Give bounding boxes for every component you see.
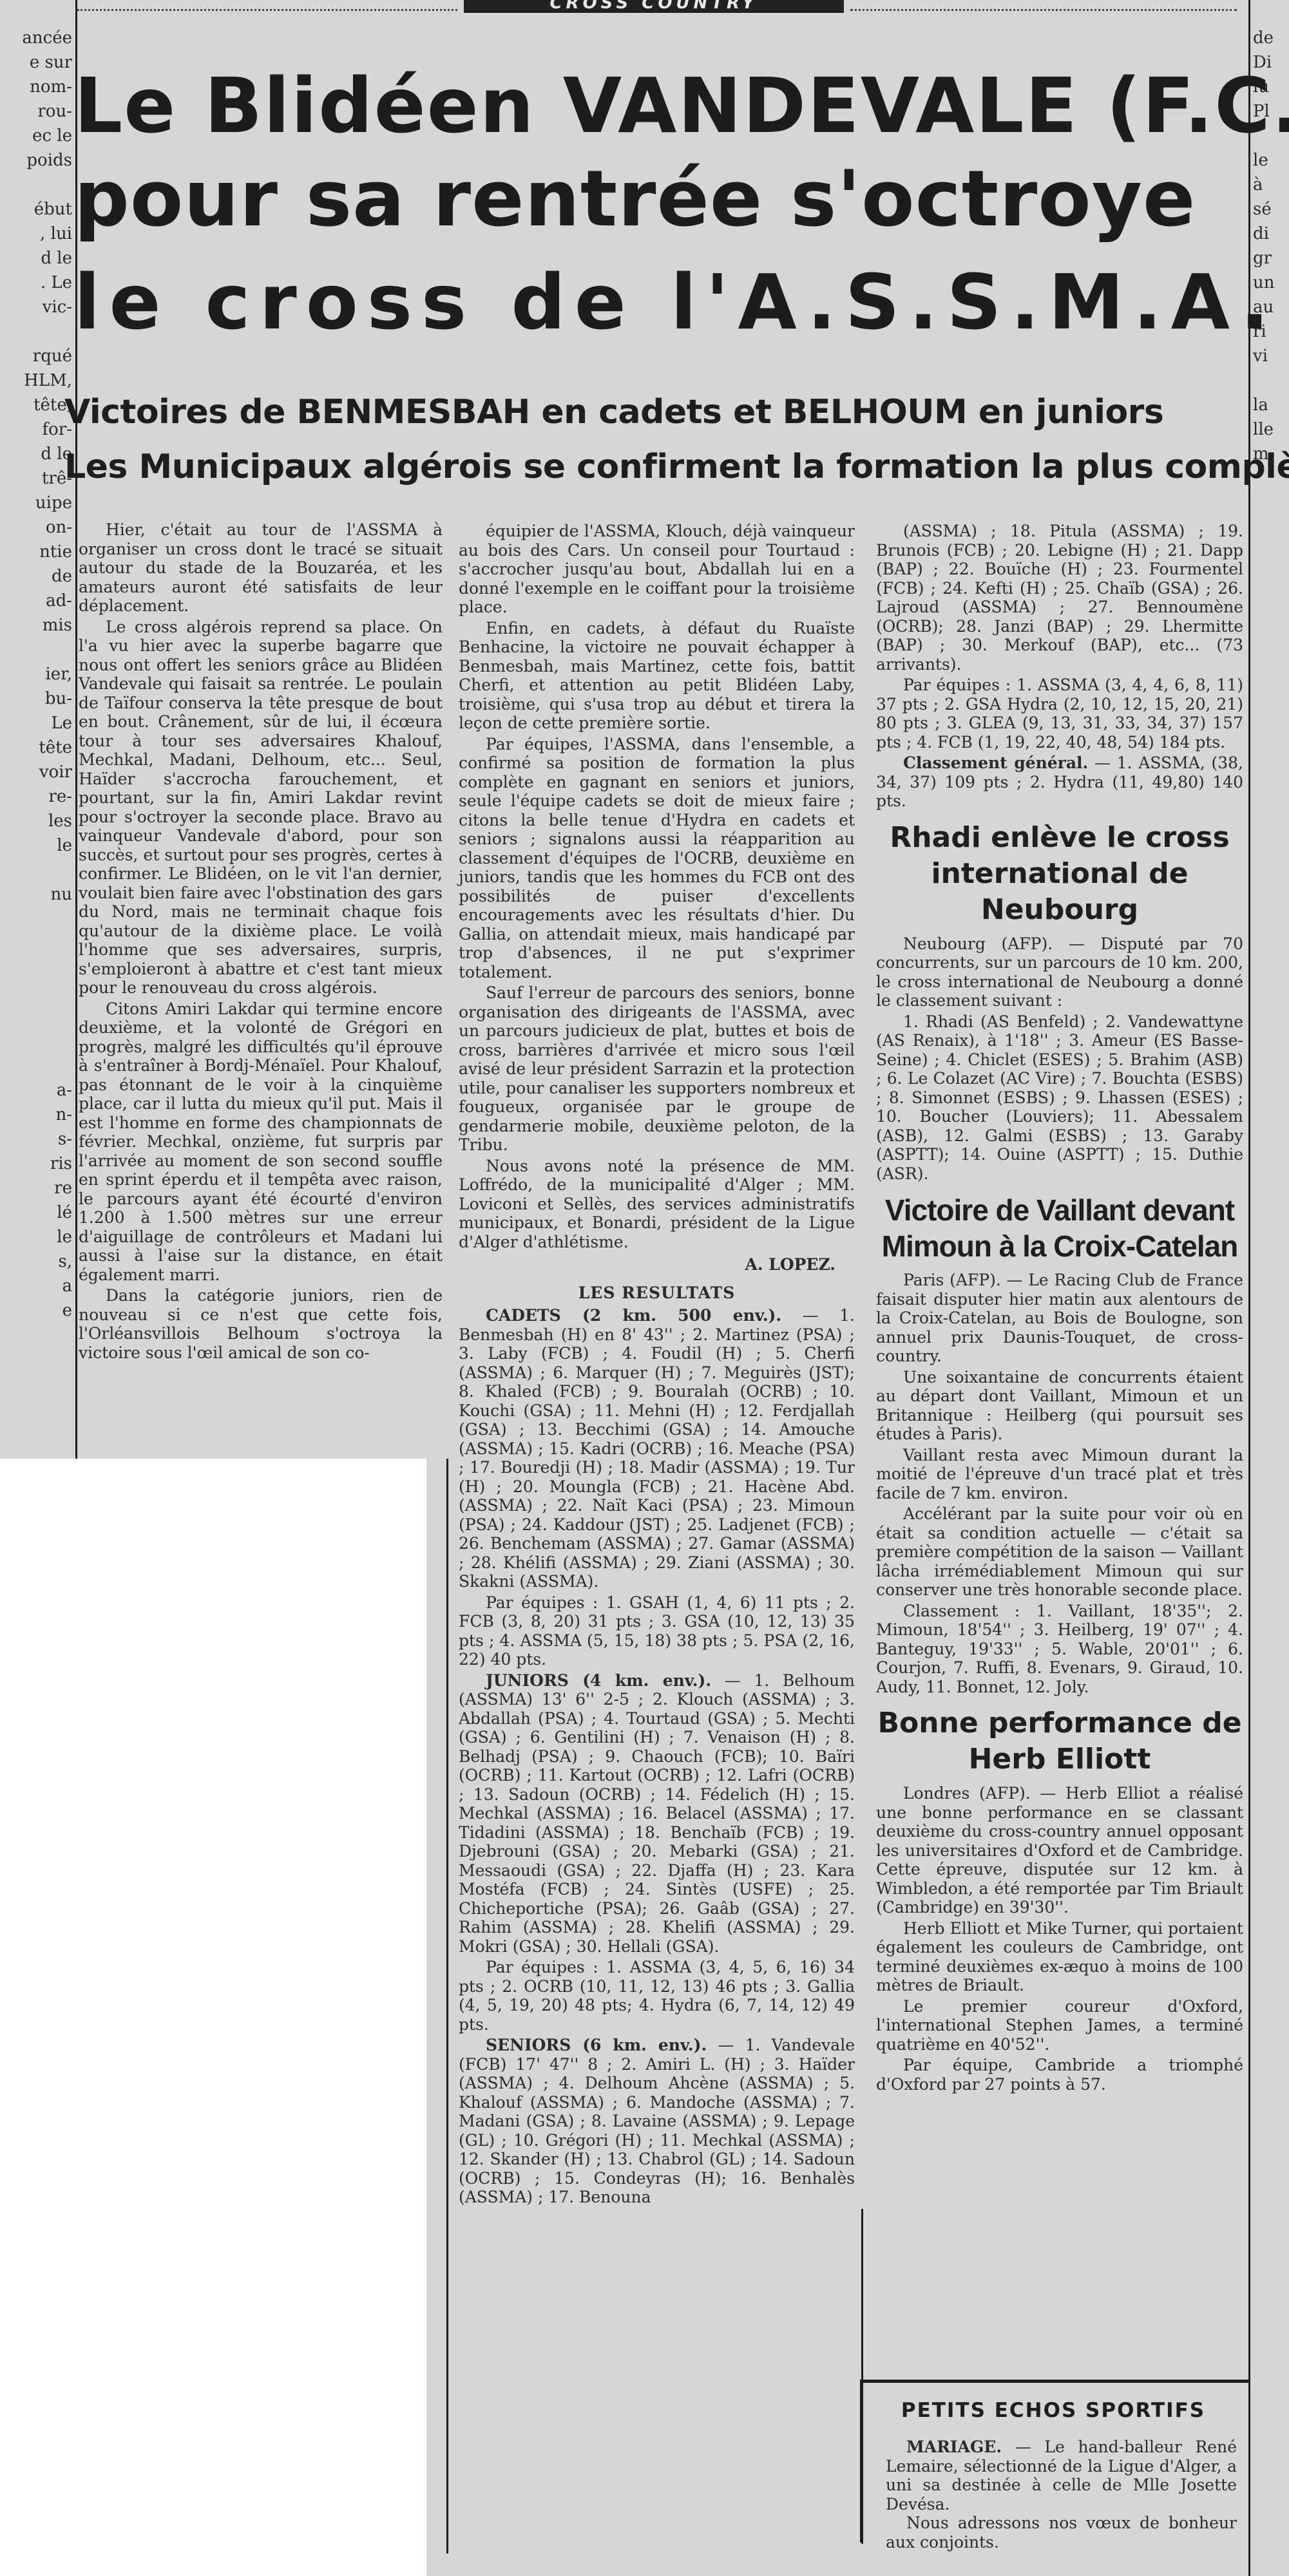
paragraph: Neubourg (AFP). — Disputé par 70 concurr… <box>876 934 1243 1010</box>
fragment-line: ris <box>0 1151 72 1176</box>
fragment-line: d le <box>0 246 72 270</box>
fragment-line: a- <box>0 1078 72 1103</box>
paragraph: Paris (AFP). — Le Racing Club de France … <box>876 1271 1243 1366</box>
results-list-continued: (ASSMA) ; 18. Pitula (ASSMA) ; 19. Bruno… <box>876 522 1243 811</box>
paragraph: Accélérant par la suite pour voir où en … <box>876 1504 1243 1600</box>
result-text: — 1. Benmesbah (H) en 8' 43'' ; 2. Marti… <box>459 1306 855 1591</box>
subheadline-1: Victoires de BENMESBAH en cadets et BELH… <box>64 393 1256 431</box>
result-category: CADETS (2 km. 500 env.). <box>486 1306 781 1325</box>
paragraph: Le cross algérois reprend sa place. On l… <box>79 618 443 998</box>
result-entry: (ASSMA) ; 18. Pitula (ASSMA) ; 19. Bruno… <box>876 522 1243 674</box>
fragment-line: e <box>0 1298 72 1323</box>
result-entry: SENIORS (6 km. env.). — 1. Vandevale (FC… <box>459 2036 855 2207</box>
fragment-line: a <box>0 1274 72 1298</box>
headline-line-1: Le Blidéen VANDEVALE (F.C.B.) <box>74 61 1253 150</box>
result-entry: JUNIORS (4 km. env.). — 1. Belhoum (ASSM… <box>459 1671 855 1956</box>
result-category: SENIORS (6 km. env.). <box>486 2036 707 2054</box>
banner-ornament-left <box>77 0 457 11</box>
paragraph: équipier de l'ASSMA, Klouch, déjà vainqu… <box>459 522 855 617</box>
results-list: CADETS (2 km. 500 env.). — 1. Benmesbah … <box>459 1306 855 2207</box>
fragment-line: vic- <box>0 295 72 319</box>
fragment-line <box>0 319 72 344</box>
fragment-line: les <box>0 809 72 833</box>
fragment-line: le <box>0 833 72 858</box>
fragment-line: re <box>0 1176 72 1200</box>
paragraph: Vaillant resta avec Mimoun durant la moi… <box>876 1446 1243 1503</box>
fragment-line: trê- <box>0 466 72 491</box>
fragment-line <box>0 173 72 197</box>
fragment-line: ancée <box>0 26 72 50</box>
result-entry: Par équipes : 1. ASSMA (3, 4, 5, 6, 16) … <box>459 1958 855 2034</box>
fragment-line: lle <box>1253 417 1289 442</box>
paragraph: Dans la catégorie juniors, rien de nouve… <box>79 1286 443 1362</box>
paragraph: Une soixantaine de concurrents étaient a… <box>876 1368 1243 1444</box>
fragment-line: . Le <box>0 270 72 295</box>
paragraph: Enfin, en cadets, à défaut du Ruaïste Be… <box>459 619 855 733</box>
result-text: — 1. Vandevale (FCB) 17' 47'' 8 ; 2. Ami… <box>459 2036 855 2206</box>
left-neighbor-column: ancéee surnom-rou-ec lepoids ébut, luid … <box>0 26 72 1443</box>
fragment-line: à <box>1253 173 1289 197</box>
column-rule-results <box>446 1459 448 2553</box>
fragment-line: rqué <box>0 344 72 368</box>
fragment-line: de <box>0 564 72 589</box>
author-signature: A. LOPEZ. <box>459 1255 855 1274</box>
fragment-line: sé <box>1253 197 1289 222</box>
result-text: Par équipes : 1. GSAH (1, 4, 6) 11 pts ;… <box>459 1593 855 1669</box>
result-entry: Par équipes : 1. ASSMA (3, 4, 4, 6, 8, 1… <box>876 676 1243 752</box>
fragment-line <box>0 1005 72 1029</box>
paragraph: Herb Elliott et Mike Turner, qui portaie… <box>876 1919 1243 1995</box>
petits-echos-body: MARIAGE. — Le hand-balleur René Lemaire,… <box>886 2438 1237 2552</box>
paragraph: Nous adressons nos vœux de bonheur aux c… <box>886 2514 1237 2552</box>
fragment-line: ad- <box>0 589 72 613</box>
fragment-line <box>0 980 72 1005</box>
fragment-line <box>0 1029 72 1054</box>
fragment-line: bu- <box>0 687 72 711</box>
section-banner: CROSS COUNTRY <box>464 0 844 13</box>
fragment-line: tête <box>0 735 72 760</box>
result-text: (ASSMA) ; 18. Pitula (ASSMA) ; 19. Bruno… <box>876 522 1243 674</box>
fragment-line: le <box>1253 148 1289 173</box>
paragraph: Nous avons noté la présence de MM. Loffr… <box>459 1157 855 1252</box>
fragment-line: le <box>0 1225 72 1249</box>
fragment-line: ébut <box>0 197 72 222</box>
headline-line-2: pour sa rentrée s'octroye <box>74 155 1253 244</box>
banner-ornament-right <box>850 0 1237 11</box>
paragraph: 1. Rhadi (AS Benfeld) ; 2. Vandewattyne … <box>876 1012 1243 1184</box>
fragment-line: tête, <box>0 393 72 417</box>
article-title-vaillant: Victoire de Vaillant devant Mimoun à la … <box>876 1192 1243 1264</box>
fragment-line: mis <box>0 613 72 638</box>
column-rule-right <box>1248 0 1250 2576</box>
fragment-line: e sur <box>0 50 72 75</box>
paragraph: Londres (AFP). — Herb Elliot a réalisé u… <box>876 1784 1243 1917</box>
headline-line-3: le cross de l'A.S.S.M.A. <box>74 258 1253 346</box>
paragraph: MARIAGE. — Le hand-balleur René Lemaire,… <box>886 2438 1237 2514</box>
fragment-line: nom- <box>0 75 72 99</box>
article-column-2: équipier de l'ASSMA, Klouch, déjà vainqu… <box>459 522 855 2207</box>
result-category: JUNIORS (4 km. env.). <box>486 1671 711 1690</box>
result-entry: Par équipes : 1. GSAH (1, 4, 6) 11 pts ;… <box>459 1593 855 1669</box>
paragraph: Hier, c'était au tour de l'ASSMA à organ… <box>79 520 443 616</box>
fragment-line <box>0 931 72 956</box>
fragment-line: HLM, <box>0 368 72 393</box>
paragraph: Sauf l'erreur de parcours des seniors, b… <box>459 983 855 1155</box>
paragraph: Citons Amiri Lakdar qui termine encore d… <box>79 999 443 1285</box>
fragment-line: voir <box>0 760 72 784</box>
fragment-line: on- <box>0 515 72 540</box>
paragraph: Par équipe, Cambride a triomphé d'Oxford… <box>876 2056 1243 2094</box>
article-column-3: (ASSMA) ; 18. Pitula (ASSMA) ; 19. Bruno… <box>876 522 1243 2094</box>
fragment-line <box>1253 368 1289 393</box>
result-entry: Classement général. — 1. ASSMA, (38, 34,… <box>876 753 1243 811</box>
fragment-line: d le <box>0 442 72 466</box>
echo-lead: MARIAGE. <box>906 2438 1002 2456</box>
fragment-line: Le <box>0 711 72 735</box>
paragraph: Le premier coureur d'Oxford, l'internati… <box>876 1997 1243 2054</box>
paragraph: Par équipes, l'ASSMA, dans l'ensemble, a… <box>459 735 855 982</box>
paragraph: Classement : 1. Vaillant, 18'35''; 2. Mi… <box>876 1602 1243 1697</box>
fragment-line: de <box>1253 26 1289 50</box>
result-text: Par équipes : 1. ASSMA (3, 4, 4, 6, 8, 1… <box>876 676 1243 752</box>
result-category: Classement général. <box>903 753 1088 772</box>
fragment-line: la <box>1253 393 1289 417</box>
fragment-line <box>0 858 72 882</box>
fragment-line: rou- <box>0 99 72 124</box>
fragment-line: poids <box>0 148 72 173</box>
results-heading: LES RESULTATS <box>459 1283 855 1303</box>
fragment-line <box>0 638 72 662</box>
fragment-line: ier, <box>0 662 72 687</box>
fragment-line: uipe <box>0 491 72 515</box>
fragment-line: n- <box>0 1103 72 1127</box>
echos-box-rule <box>860 2382 862 2543</box>
fragment-line: ntie <box>0 540 72 564</box>
fragment-line <box>0 907 72 931</box>
subheadline-2: Les Municipaux algérois se confirment la… <box>64 448 1256 486</box>
fragment-line: lé <box>0 1200 72 1225</box>
article-title-elliott: Bonne performance de Herb Elliott <box>876 1705 1243 1777</box>
fragment-line: ec le <box>0 124 72 148</box>
result-text: — 1. Belhoum (ASSMA) 13' 6'' 2-5 ; 2. Kl… <box>459 1671 855 1956</box>
fragment-line: di <box>1253 222 1289 246</box>
result-text: Par équipes : 1. ASSMA (3, 4, 5, 6, 16) … <box>459 1958 855 2034</box>
result-entry: CADETS (2 km. 500 env.). — 1. Benmesbah … <box>459 1306 855 1591</box>
article-column-1: Hier, c'était au tour de l'ASSMA à organ… <box>79 520 443 1362</box>
fragment-line: s- <box>0 1127 72 1151</box>
fragment-line: nu <box>0 882 72 907</box>
fragment-line: , lui <box>0 222 72 246</box>
fragment-line: re- <box>0 784 72 809</box>
fragment-line: for- <box>0 417 72 442</box>
fragment-line <box>0 956 72 980</box>
fragment-line <box>0 1054 72 1078</box>
fragment-line: vi <box>1253 344 1289 368</box>
article-title-neubourg: Rhadi enlève le cross international de N… <box>876 820 1243 928</box>
petits-echos-title: PETITS ECHOS SPORTIFS <box>873 2399 1234 2422</box>
blank-cropped-area <box>0 1459 426 2576</box>
fragment-line: s, <box>0 1249 72 1274</box>
